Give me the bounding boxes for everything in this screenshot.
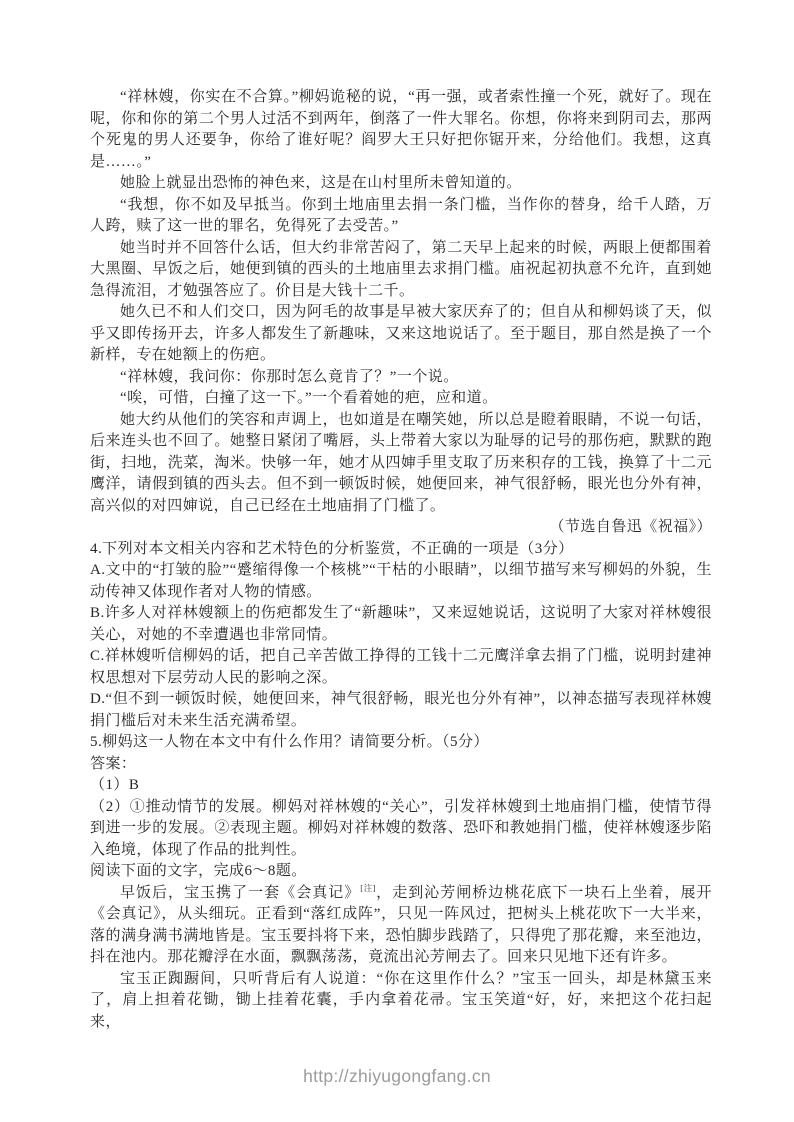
paragraph-text: 早饭后，宝玉携了一套《会真记》 — [120, 885, 360, 901]
paragraph-new-interest: 她久已不和人们交口，因为阿毛的故事是早被大家厌弃了的；但自从和柳妈谈了天，似乎又… — [90, 302, 712, 367]
answer-label: 答案： — [90, 754, 712, 776]
option-a: A.文中的“打皱的脸”“蹙缩得像一个核桃”“干枯的小眼睛”，以细节描写来写柳妈的… — [90, 560, 712, 603]
watermark-url: http://zhiyugongfang.cn — [0, 1066, 794, 1087]
paragraph-her-face: 她脸上就显出恐怖的神色来，这是在山村里所未曾知道的。 — [90, 173, 712, 195]
paragraph-baoyu-reading: 早饭后，宝玉携了一套《会真记》[注]，走到沁芳闸桥边桃花底下一块石上坐着，展开《… — [90, 883, 712, 969]
paragraph-donation-threshold: 她当时并不回答什么话，但大约非常苦闷了，第二天早上起来的时候，两眼上便都围着大黑… — [90, 238, 712, 303]
paragraph-liumma-advice: “我想，你不如及早抵当。你到土地庙里去捐一条门槛，当作你的替身，给千人踏，万人跨… — [90, 195, 712, 238]
paragraph-her-reaction: 她大约从他们的笑容和声调上，也如道是在嘲笑她，所以总是瞪着眼睛，不说一句话，后来… — [90, 410, 712, 518]
paragraph-liumma-speech: “祥林嫂，你实在不合算。”柳妈诡秘的说，“再一强，或者索性撞一个死，就好了。现在… — [90, 87, 712, 173]
source-attribution: （节选自鲁迅《祝福》） — [90, 517, 712, 539]
option-d: D.“但不到一顿饭时候，她便回来，神气很舒畅，眼光也分外有神”，以神态描写表现祥… — [90, 689, 712, 732]
answer-part-1: （1）B — [90, 775, 712, 797]
paragraph-pity-dialogue: “唉，可惜，白撞了这一下。”一个看着她的疤，应和道。 — [90, 388, 712, 410]
option-b: B.许多人对祥林嫂额上的伤疤都发生了“新趣味”，又来逗她说话，这说明了大家对祥林… — [90, 603, 712, 646]
document-body: “祥林嫂，你实在不合算。”柳妈诡秘的说，“再一强，或者索性撞一个死，就好了。现在… — [90, 87, 712, 1033]
question-4: 4.下列对本文相关内容和艺术特色的分析鉴赏，不正确的一项是（3分） — [90, 539, 712, 561]
option-c: C.祥林嫂听信柳妈的话，把自己辛苦做工挣得的工钱十二元鹰洋拿去捐了门槛，说明封建… — [90, 646, 712, 689]
paragraph-question-dialogue: “祥林嫂，我问你：你那时怎么竟肯了？”一个说。 — [90, 367, 712, 389]
exam-document-page: “祥林嫂，你实在不合算。”柳妈诡秘的说，“再一强，或者索性撞一个死，就好了。现在… — [0, 0, 794, 1122]
answer-part-2: （2）①推动情节的发展。柳妈对祥林嫂的“关心”，引发祥林嫂到土地庙捐门槛，使情节… — [90, 797, 712, 862]
note-marker: [注] — [360, 883, 375, 893]
question-5: 5.柳妈这一人物在本文中有什么作用？请简要分析。（5分） — [90, 732, 712, 754]
reading-instruction: 阅读下面的文字，完成6～8题。 — [90, 861, 712, 883]
paragraph-daiyu-arrival: 宝玉正踟蹰间，只听背后有人说道：“你在这里作什么？”宝玉一回头，却是林黛玉来了，… — [90, 969, 712, 1034]
